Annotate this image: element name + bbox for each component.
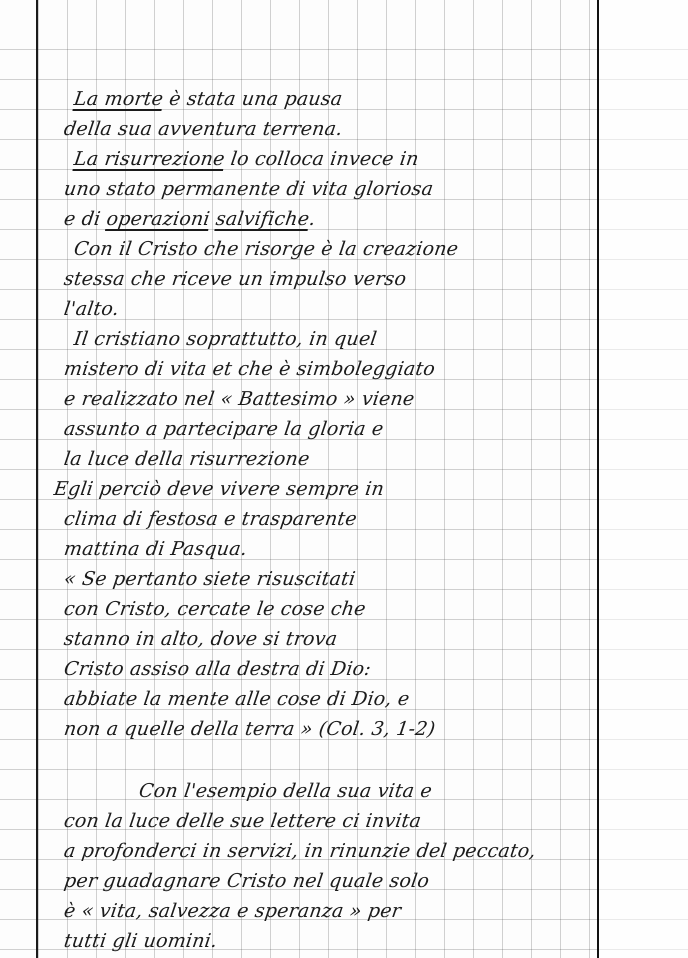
handwritten-line: Cristo assiso alla destra di Dio:	[62, 654, 606, 684]
text-run: a profonderci in servizi, in rinunzie de…	[63, 840, 538, 862]
text-run: la luce della risurrezione	[63, 448, 311, 470]
text-run: mattina di Pasqua.	[63, 538, 249, 560]
handwritten-line: a profonderci in servizi, in rinunzie de…	[62, 836, 606, 866]
handwritten-line: mattina di Pasqua.	[62, 534, 606, 564]
text-run: assunto a partecipare la gloria e	[63, 418, 385, 440]
handwritten-line: non a quelle della terra » (Col. 3, 1-2)	[62, 714, 606, 744]
handwritten-line: uno stato permanente di vita gloriosa	[62, 174, 606, 204]
handwritten-line: con Cristo, cercate le cose che	[62, 594, 606, 624]
handwritten-text-body: La morte è stata una pausadella sua avve…	[62, 84, 602, 956]
text-run: clima di festosa e trasparente	[63, 508, 359, 530]
text-run: abbiate la mente alle cose di Dio, e	[63, 688, 411, 710]
text-run: Egli perciò deve vivere sempre in	[53, 478, 386, 500]
handwritten-line: mistero di vita et che è simboleggiato	[62, 354, 606, 384]
paragraph-gap	[62, 744, 602, 776]
text-run: lo colloca invece in	[223, 148, 420, 170]
text-run: per guadagnare Cristo nel quale solo	[63, 870, 431, 892]
text-run: « Se pertanto siete risuscitati	[63, 568, 357, 590]
text-run: e di	[63, 208, 109, 230]
handwritten-line: « Se pertanto siete risuscitati	[62, 564, 606, 594]
text-run: della sua avventura terrena.	[63, 118, 344, 140]
handwritten-line: tutti gli uomini.	[62, 926, 606, 956]
handwritten-line: è « vita, salvezza e speranza » per	[62, 896, 606, 926]
handwritten-line: Con l'esempio della sua vita e	[62, 776, 606, 806]
text-run: è stata una pausa	[162, 88, 344, 110]
handwritten-line: clima di festosa e trasparente	[62, 504, 606, 534]
text-run: Con l'esempio della sua vita e	[138, 780, 434, 802]
handwritten-line: assunto a partecipare la gloria e	[62, 414, 606, 444]
handwritten-line: e di operazioni salvifiche.	[62, 204, 606, 234]
text-run: è « vita, salvezza e speranza » per	[63, 900, 403, 922]
text-run: stessa che riceve un impulso verso	[63, 268, 408, 290]
text-run: con Cristo, cercate le cose che	[63, 598, 368, 620]
handwritten-line: La risurrezione lo colloca invece in	[62, 144, 606, 174]
handwritten-line: Egli perciò deve vivere sempre in	[52, 474, 606, 504]
handwritten-line: l'alto.	[62, 294, 606, 324]
text-run: l'alto.	[63, 298, 121, 320]
underlined-phrase: operazioni	[105, 208, 211, 230]
graph-paper-page: La morte è stata una pausadella sua avve…	[0, 0, 688, 958]
handwritten-line: Con il Cristo che risorge è la creazione	[62, 234, 606, 264]
handwritten-line: la luce della risurrezione	[62, 444, 606, 474]
handwritten-line: La morte è stata una pausa	[62, 84, 606, 114]
handwritten-line: Il cristiano soprattutto, in quel	[62, 324, 606, 354]
right-blank-strip	[599, 0, 688, 958]
handwritten-line: della sua avventura terrena.	[62, 114, 606, 144]
handwritten-line: per guadagnare Cristo nel quale solo	[62, 866, 606, 896]
underlined-phrase: salvifiche	[214, 208, 310, 230]
text-run: mistero di vita et che è simboleggiato	[63, 358, 437, 380]
text-run: Il cristiano soprattutto, in quel	[73, 328, 379, 350]
text-run: uno stato permanente di vita gloriosa	[63, 178, 435, 200]
text-run: e realizzato nel « Battesimo » viene	[63, 388, 416, 410]
text-run: non a quelle della terra » (Col. 3, 1-2)	[63, 718, 437, 740]
handwritten-line: stessa che riceve un impulso verso	[62, 264, 606, 294]
text-run: con la luce delle sue lettere ci invita	[63, 810, 423, 832]
text-run: tutti gli uomini.	[63, 930, 219, 952]
underlined-phrase: La morte	[73, 88, 165, 110]
text-run: stanno in alto, dove si trova	[63, 628, 339, 650]
handwritten-line: e realizzato nel « Battesimo » viene	[62, 384, 606, 414]
text-run: Con il Cristo che risorge è la creazione	[73, 238, 460, 260]
text-run: Cristo assiso alla destra di Dio:	[63, 658, 373, 680]
handwritten-line: stanno in alto, dove si trova	[62, 624, 606, 654]
underlined-phrase: La risurrezione	[73, 148, 227, 170]
handwritten-line: abbiate la mente alle cose di Dio, e	[62, 684, 606, 714]
handwritten-line: con la luce delle sue lettere ci invita	[62, 806, 606, 836]
text-run: .	[308, 208, 317, 230]
left-margin-rule	[36, 0, 38, 958]
